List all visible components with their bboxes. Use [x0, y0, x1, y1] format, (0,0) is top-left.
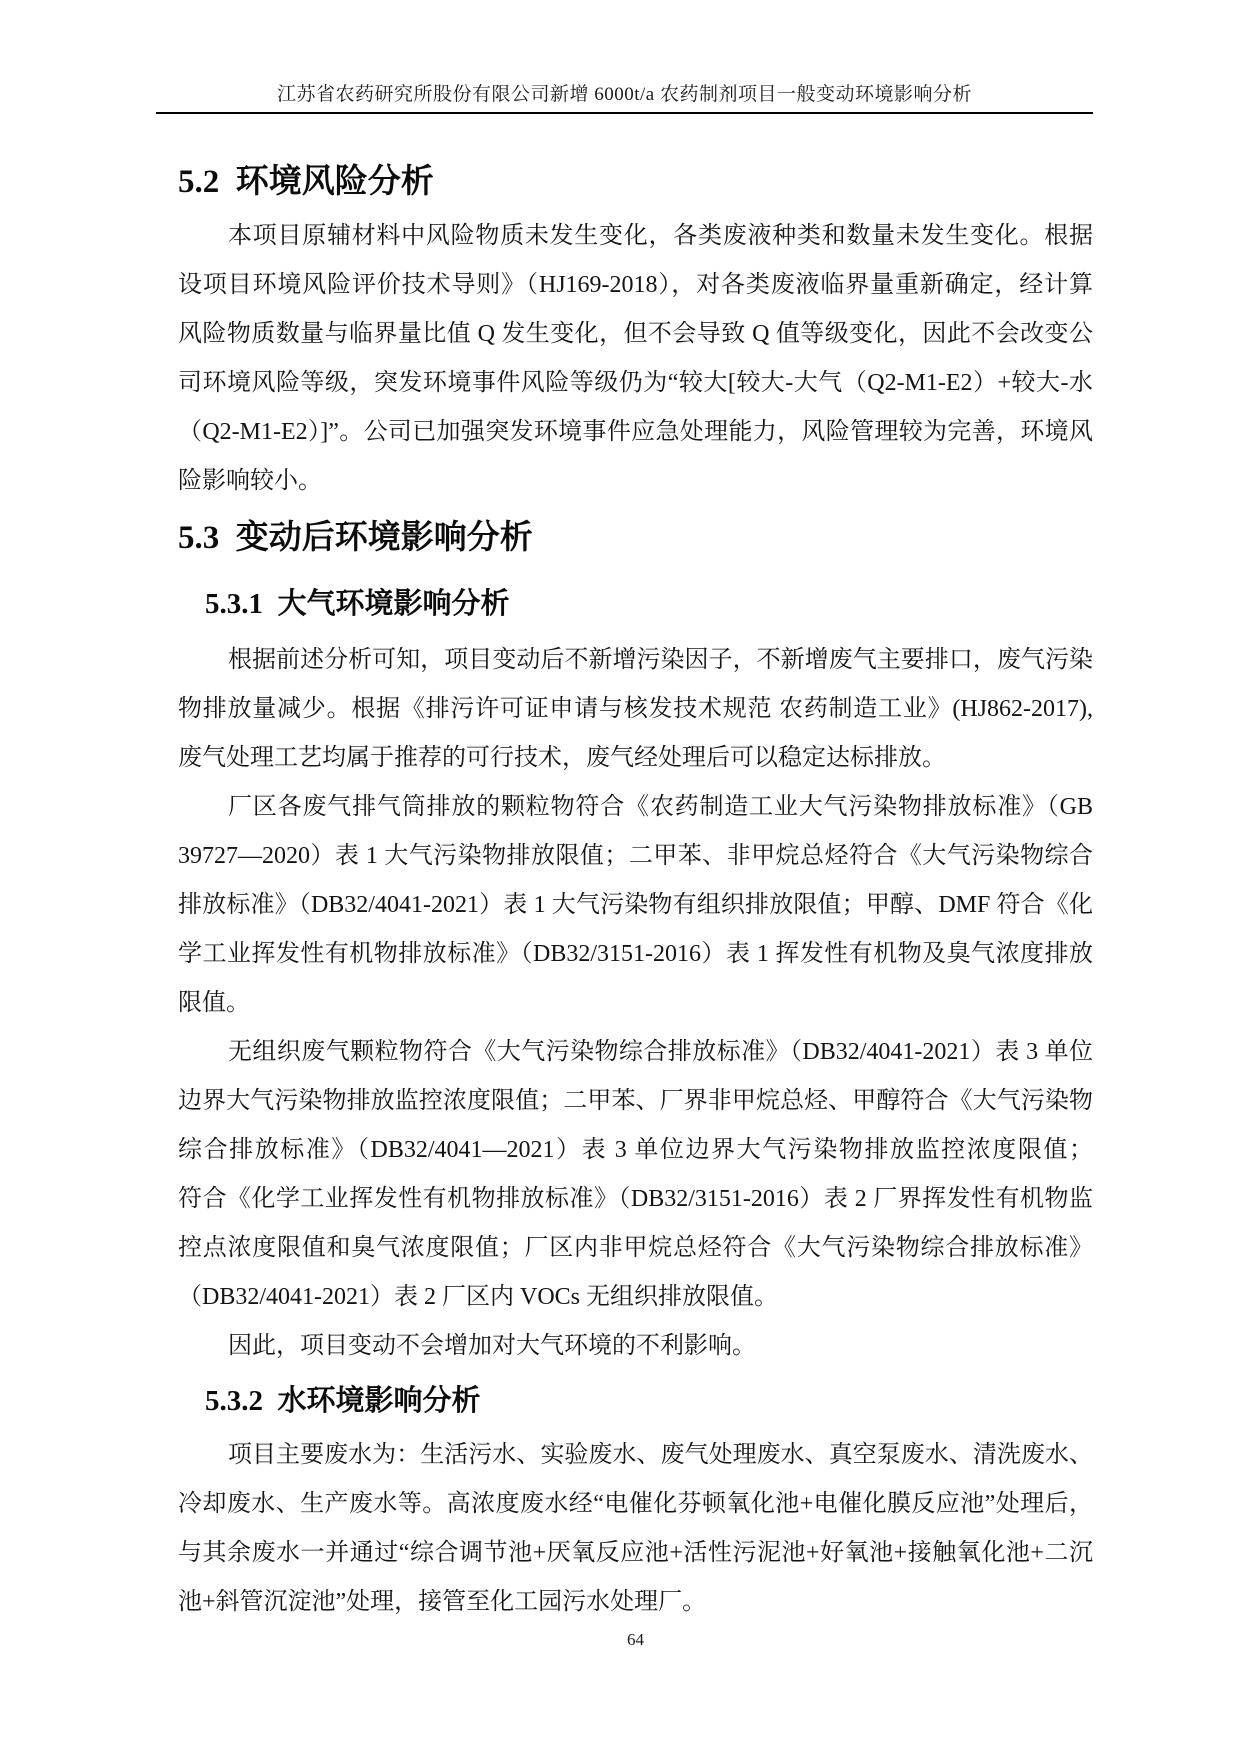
text-line: 废气处理工艺均属于推荐的可行技术，废气经处理后可以稳定达标排放。 [178, 734, 1093, 783]
text-line: 根据前述分析可知，项目变动后不新增污染因子，不新增废气主要排口，废气污染 [178, 636, 1093, 685]
text-line: 本项目原辅材料中风险物质未发生变化，各类废液种类和数量未发生变化。根据《建 [178, 212, 1093, 261]
text-line: 排放标准》（DB32/4041-2021）表 1 大气污染物有组织排放限值；甲醇… [178, 881, 1093, 930]
page-number: 64 [627, 1630, 644, 1649]
text-line: 险影响较小。 [178, 457, 1093, 506]
text-line: 司环境风险等级，突发环境事件风险等级仍为“较大[较大-大气（Q2-M1-E2）+… [178, 359, 1093, 408]
section-5-2-heading: 5.2 环境风险分析 [178, 160, 1093, 204]
text-line: 限值。 [178, 979, 1093, 1028]
text-line: 因此，项目变动不会增加对大气环境的不利影响。 [178, 1322, 1093, 1371]
paragraph-fugitive-emission-standards: 无组织废气颗粒物符合《大气污染物综合排放标准》（DB32/4041-2021）表… [178, 1028, 1093, 1322]
header-title: 江苏省农药研究所股份有限公司新增 6000t/a 农药制剂项目一般变动环境影响分… [156, 84, 1093, 106]
paragraph-air-impact-intro: 根据前述分析可知，项目变动后不新增污染因子，不新增废气主要排口，废气污染 物排放… [178, 636, 1093, 783]
document-body: 5.2 环境风险分析 本项目原辅材料中风险物质未发生变化，各类废液种类和数量未发… [178, 160, 1093, 1651]
header-rule [156, 106, 1093, 114]
text-line: 物排放量减少。根据《排污许可证申请与核发技术规范 农药制造工业》(HJ862-2… [178, 685, 1093, 734]
text-line: 控点浓度限值和臭气浓度限值；厂区内非甲烷总烃符合《大气污染物综合排放标准》 [178, 1224, 1093, 1273]
page-footer: 64 [178, 1629, 1093, 1651]
text-line: 符合《化学工业挥发性有机物排放标准》（DB32/3151-2016）表 2 厂界… [178, 1175, 1093, 1224]
section-5-3-heading: 5.3 变动后环境影响分析 [178, 516, 1093, 560]
text-line: 与其余废水一并通过“综合调节池+厌氧反应池+活性污泥池+好氧池+接触氧化池+二沉 [178, 1529, 1093, 1578]
text-line: （Q2-M1-E2）]”。公司已加强突发环境事件应急处理能力，风险管理较为完善，… [178, 408, 1093, 457]
text-line: 设项目环境风险评价技术导则》（HJ169-2018），对各类废液临界量重新确定，… [178, 261, 1093, 310]
text-line: 学工业挥发性有机物排放标准》（DB32/3151-2016）表 1 挥发性有机物… [178, 930, 1093, 979]
page-header: 江苏省农药研究所股份有限公司新增 6000t/a 农药制剂项目一般变动环境影响分… [156, 0, 1093, 106]
text-line: 项目主要废水为：生活污水、实验废水、废气处理废水、真空泵废水、清洗废水、 [178, 1431, 1093, 1480]
text-line: 39727—2020）表 1 大气污染物排放限值；二甲苯、非甲烷总烃符合《大气污… [178, 832, 1093, 881]
text-line: 综合排放标准》（DB32/4041—2021）表 3 单位边界大气污染物排放监控… [178, 1126, 1093, 1175]
paragraph-air-conclusion: 因此，项目变动不会增加对大气环境的不利影响。 [178, 1322, 1093, 1371]
text-line: 池+斜管沉淀池”处理，接管至化工园污水处理厂。 [178, 1578, 1093, 1627]
text-line: 冷却废水、生产废水等。高浓度废水经“电催化芬顿氧化池+电催化膜反应池”处理后， [178, 1480, 1093, 1529]
document-page: 江苏省农药研究所股份有限公司新增 6000t/a 农药制剂项目一般变动环境影响分… [0, 0, 1241, 1755]
text-line: 无组织废气颗粒物符合《大气污染物综合排放标准》（DB32/4041-2021）表… [178, 1028, 1093, 1077]
section-5-3-2-heading: 5.3.2 水环境影响分析 [205, 1381, 1093, 1421]
section-5-3-1-heading: 5.3.1 大气环境影响分析 [205, 584, 1093, 624]
text-line: 边界大气污染物排放监控浓度限值；二甲苯、厂界非甲烷总烃、甲醇符合《大气污染物 [178, 1077, 1093, 1126]
text-line: （DB32/4041-2021）表 2 厂区内 VOCs 无组织排放限值。 [178, 1273, 1093, 1322]
paragraph-water-impact: 项目主要废水为：生活污水、实验废水、废气处理废水、真空泵废水、清洗废水、 冷却废… [178, 1431, 1093, 1627]
text-line: 厂区各废气排气筒排放的颗粒物符合《农药制造工业大气污染物排放标准》（GB [178, 783, 1093, 832]
paragraph-organized-emission-standards: 厂区各废气排气筒排放的颗粒物符合《农药制造工业大气污染物排放标准》（GB 397… [178, 783, 1093, 1028]
paragraph-environmental-risk: 本项目原辅材料中风险物质未发生变化，各类废液种类和数量未发生变化。根据《建 设项… [178, 212, 1093, 506]
text-line: 风险物质数量与临界量比值 Q 发生变化，但不会导致 Q 值等级变化，因此不会改变… [178, 310, 1093, 359]
